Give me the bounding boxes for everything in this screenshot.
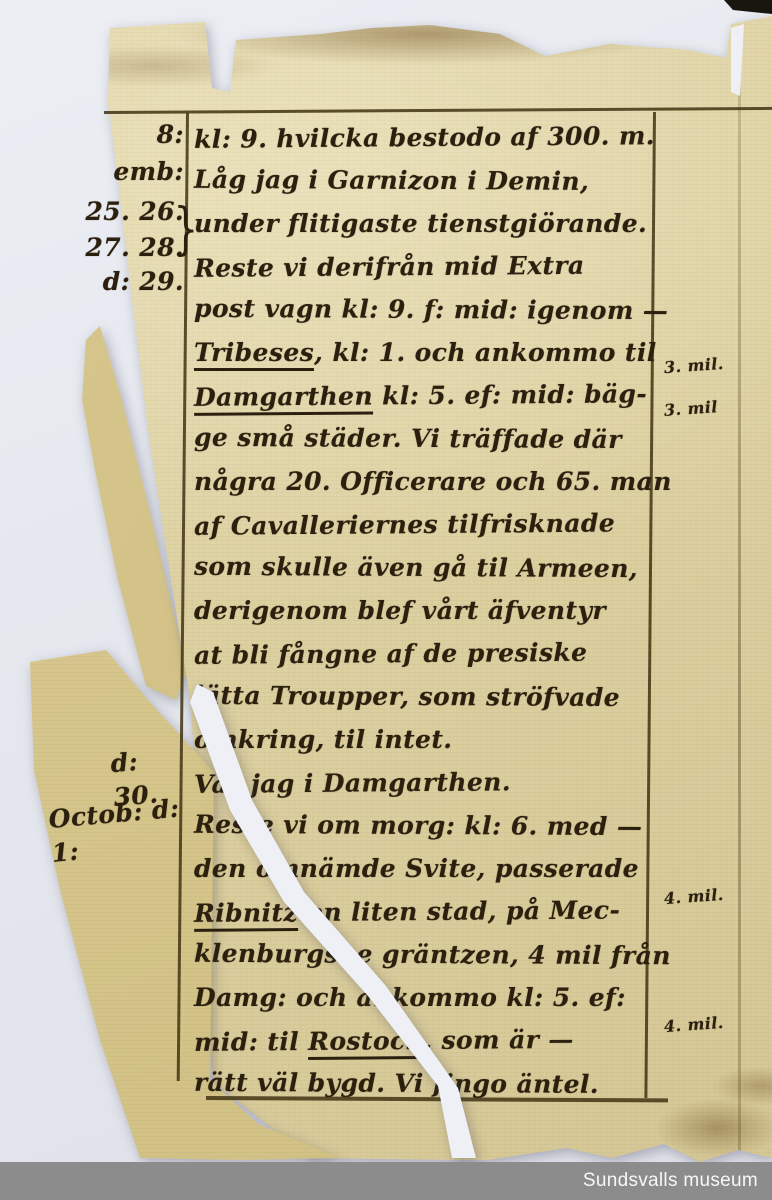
distance-note: 3. mil: [663, 396, 718, 422]
text-segment: Var jag i Damgarthen.: [194, 767, 511, 798]
text-segment: Damg: och ankommo kl: 5. ef:: [194, 983, 626, 1012]
date-margin-note: Octob: d: 1:: [47, 791, 188, 871]
manuscript-text: kl: 9. hvilcka bestodo af 300. m.Låg jag…: [194, 116, 664, 1105]
manuscript-line: Ribnitz en liten stad, på Mec-: [194, 888, 664, 935]
distance-margin-column: 3. mil.3. mil4. mil.4. mil.: [664, 0, 764, 1200]
credit-bar: Sundsvalls museum: [0, 1162, 772, 1200]
underlined-place-name: Tribeses: [194, 338, 314, 371]
underlined-place-name: Rostock: [308, 1026, 423, 1060]
text-segment: kl: 9. hvilcka bestodo af 300. m.: [194, 121, 655, 154]
text-segment: några 20. Officerare och 65. man: [194, 467, 672, 496]
manuscript-line: klenburgske gräntzen, 4 mil från: [194, 932, 664, 977]
text-segment: , som är —: [423, 1025, 574, 1055]
date-margin-note: 8:: [56, 118, 184, 152]
text-segment: mid: til: [194, 1027, 308, 1057]
text-segment: som skulle även gå til Armeen,: [194, 552, 638, 583]
text-segment: klenburgske gräntzen, 4 mil från: [194, 939, 671, 970]
text-segment: at bli fångne af de presiske: [194, 638, 588, 670]
text-segment: kl: 5. ef: mid: bäg-: [373, 379, 647, 410]
text-segment: derigenom blef vårt äfventyr: [194, 596, 606, 625]
credit-text: Sundsvalls museum: [583, 1170, 772, 1192]
text-segment: omkring, til intet.: [194, 725, 452, 754]
text-segment: lätta Troupper, som ströfvade: [194, 681, 620, 712]
manuscript-line: Reste vi om morg: kl: 6. med —: [194, 803, 664, 848]
manuscript-line: af Cavalleriernes tilfrisknade: [194, 501, 664, 548]
manuscript-line: rätt väl bygd. Vi fingo äntel.: [194, 1061, 664, 1106]
text-segment: af Cavalleriernes tilfrisknade: [194, 509, 615, 541]
text-segment: post vagn kl: 9. f: mid: igenom —: [194, 294, 668, 325]
manuscript-line: Damgarthen kl: 5. ef: mid: bäg-: [194, 372, 664, 419]
manuscript-line: några 20. Officerare och 65. man: [194, 460, 664, 503]
manuscript-line: Tribeses, kl: 1. och ankommo til: [194, 331, 664, 374]
distance-note: 3. mil.: [663, 353, 724, 379]
text-segment: Reste vi derifrån mid Extra: [194, 251, 585, 283]
text-segment: Låg jag i Garnizon i Demin,: [194, 165, 589, 196]
manuscript-line: som skulle även gå til Armeen,: [194, 545, 664, 590]
underlined-place-name: Damgarthen: [194, 381, 373, 415]
manuscript-line: den omnämde Svite, passerade: [194, 847, 664, 890]
photo-of-manuscript: 8:emb:25. 26.27. 28.d: 29.d: 30.Octob: d…: [0, 0, 772, 1200]
date-margin-note: 25. 26.: [56, 195, 184, 229]
manuscript-line: post vagn kl: 9. f: mid: igenom —: [194, 287, 664, 332]
manuscript-line: Var jag i Damgarthen.: [194, 759, 664, 806]
text-segment: en liten stad, på Mec-: [298, 895, 621, 927]
underlined-place-name: Ribnitz: [194, 898, 298, 932]
manuscript-line: omkring, til intet.: [194, 718, 664, 761]
text-segment: den omnämde Svite, passerade: [194, 854, 639, 883]
text-segment: ge små städer. Vi träffade där: [194, 423, 622, 454]
manuscript-line: Låg jag i Garnizon i Demin,: [194, 158, 664, 203]
manuscript-line: lätta Troupper, som ströfvade: [194, 674, 664, 719]
manuscript-line: Reste vi derifrån mid Extra: [194, 243, 664, 290]
manuscript-line: ge små städer. Vi träffade där: [194, 416, 664, 461]
manuscript-line: Damg: och ankommo kl: 5. ef:: [194, 976, 664, 1019]
date-margin-note: emb:: [56, 155, 184, 189]
manuscript-line: at bli fångne af de presiske: [194, 630, 664, 677]
distance-note: 4. mil.: [663, 884, 724, 910]
distance-note: 4. mil.: [663, 1012, 724, 1038]
manuscript-line: under flitigaste tienstgiörande.: [194, 202, 664, 245]
text-segment: Reste vi om morg: kl: 6. med —: [194, 810, 642, 841]
date-margin-note: d: 29.: [56, 265, 184, 299]
date-margin-note: 27. 28.: [56, 231, 184, 265]
manuscript-line: mid: til Rostock, som är —: [194, 1017, 664, 1064]
text-segment: , kl: 1. och ankommo til: [314, 338, 657, 367]
text-segment: rätt väl bygd. Vi fingo äntel.: [194, 1068, 599, 1099]
text-segment: under flitigaste tienstgiörande.: [194, 209, 647, 238]
manuscript-line: derigenom blef vårt äfventyr: [194, 589, 664, 632]
date-margin-column: 8:emb:25. 26.27. 28.d: 29.d: 30.Octob: d…: [56, 0, 186, 1200]
manuscript-line: kl: 9. hvilcka bestodo af 300. m.: [194, 114, 664, 161]
